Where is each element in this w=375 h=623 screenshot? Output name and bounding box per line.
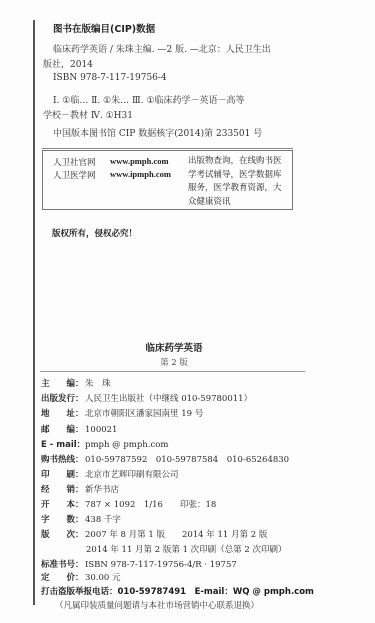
detail-standard-book-number: 标准书号：ISBN 978-7-117-19756-4/R · 19757 <box>41 558 237 570</box>
detail-label: 印 刷： <box>41 468 85 480</box>
detail-price: 定 价：30.00 元 <box>41 571 121 583</box>
cip-classification-1: Ⅰ. ①临… Ⅱ. ①朱… Ⅲ. ①临床药学－英语－高等 <box>53 93 244 106</box>
detail-label: 经 销： <box>41 483 85 495</box>
piracy-report-line: 打击盗版举报电话：010-59787491 E-mail：WQ @ pmph.c… <box>41 585 314 597</box>
detail-editor: 主 编：朱 珠 <box>41 377 111 389</box>
detail-distributor: 经 销：新华书店 <box>41 483 119 495</box>
cip-divider <box>42 148 293 149</box>
detail-label: E - mail： <box>41 438 85 450</box>
detail-value: 北京市朝阳区潘家园南里 19 号 <box>85 409 203 419</box>
detail-edition-history: 版 次：2007 年 8 月第 1 版 2014 年 11 月第 2 版 <box>41 528 267 540</box>
detail-value: 438 千字 <box>85 515 121 525</box>
detail-label: 购书热线： <box>41 453 85 465</box>
detail-label: 定 价： <box>41 571 85 583</box>
website-info-box: 人卫社官网 www.pmph.com 人卫医学网 www.ipmph.com 出… <box>42 150 293 210</box>
detail-value: 30.00 元 <box>85 573 121 583</box>
cip-isbn: ISBN 978-7-117-19756-4 <box>53 73 167 83</box>
detail-value: 北京市艺辉印刷有限公司 <box>85 470 179 480</box>
detail-value: 100021 <box>85 425 117 435</box>
quality-return-note: （凡属印装质量问题请与本社市场营销中心联系退换） <box>55 599 259 611</box>
detail-value: pmph @ pmph.com <box>85 440 168 450</box>
detail-value: 新华书店 <box>85 485 119 495</box>
site-services-description: 出版物查询，在线购书医学考试辅导，医学数据库服务，医学教育资源，大众健康资讯 <box>188 155 288 209</box>
cip-classification-2: 学校－教材 Ⅳ. ①H31 <box>43 108 133 121</box>
detail-label: 地 址： <box>41 407 85 419</box>
detail-value: 010-59787592 010-59787584 010-65264830 <box>85 455 289 465</box>
detail-value: 朱 珠 <box>85 379 111 389</box>
detail-value: 人民卫生出版社（中继线 010-59780011） <box>85 394 252 404</box>
cip-line-2: 版社，2014 <box>43 57 93 70</box>
site-url-pmph[interactable]: www.pmph.com <box>110 156 169 166</box>
copyright-notice: 版权所有，侵权必究！ <box>52 227 137 239</box>
detail-label: 邮 编： <box>41 423 85 435</box>
book-title: 临床药学英语 <box>0 340 348 354</box>
detail-label: 标准书号： <box>41 558 85 570</box>
detail-printing-history: 2014 年 11 月第 2 版第 1 次印刷（总第 2 次印刷） <box>86 543 287 555</box>
left-margin-rule <box>33 20 35 605</box>
copyright-page: 图书在版编目(CIP)数据 临床药学英语 / 朱珠主编. —2 版. —北京：人… <box>0 0 375 623</box>
detail-email: E - mail：pmph @ pmph.com <box>41 438 168 450</box>
detail-hotline: 购书热线：010-59787592 010-59787584 010-65264… <box>41 453 289 465</box>
detail-label: 开 本： <box>41 498 85 510</box>
detail-label: 出版发行： <box>41 392 85 404</box>
detail-value: ISBN 978-7-117-19756-4/R · 19757 <box>85 560 237 570</box>
cip-line-1: 临床药学英语 / 朱珠主编. —2 版. —北京：人民卫生出 <box>53 42 271 55</box>
cip-title: 图书在版编目(CIP)数据 <box>53 21 155 35</box>
detail-format: 开 本：787 × 1092 1/16 印张：18 <box>41 498 216 510</box>
book-edition: 第 2 版 <box>0 356 348 368</box>
detail-label: 版 次： <box>41 528 85 540</box>
detail-label: 字 数： <box>41 513 85 525</box>
detail-publisher: 出版发行：人民卫生出版社（中继线 010-59780011） <box>41 392 252 404</box>
site-name-ipmph: 人卫医学网 <box>53 169 96 181</box>
detail-label: 主 编： <box>41 377 85 389</box>
site-url-ipmph[interactable]: www.ipmph.com <box>110 169 171 179</box>
detail-value: 2007 年 8 月第 1 版 2014 年 11 月第 2 版 <box>85 530 267 540</box>
detail-postcode: 邮 编：100021 <box>41 423 117 435</box>
detail-address: 地 址：北京市朝阳区潘家园南里 19 号 <box>41 407 203 419</box>
detail-value: 787 × 1092 1/16 印张：18 <box>85 500 216 510</box>
cip-record-number: 中国版本图书馆 CIP 数据核字(2014)第 233501 号 <box>53 126 262 139</box>
site-name-pmph: 人卫社官网 <box>53 156 96 168</box>
title-divider <box>40 371 305 372</box>
detail-word-count: 字 数：438 千字 <box>41 513 121 525</box>
detail-printer: 印 刷：北京市艺辉印刷有限公司 <box>41 468 179 480</box>
